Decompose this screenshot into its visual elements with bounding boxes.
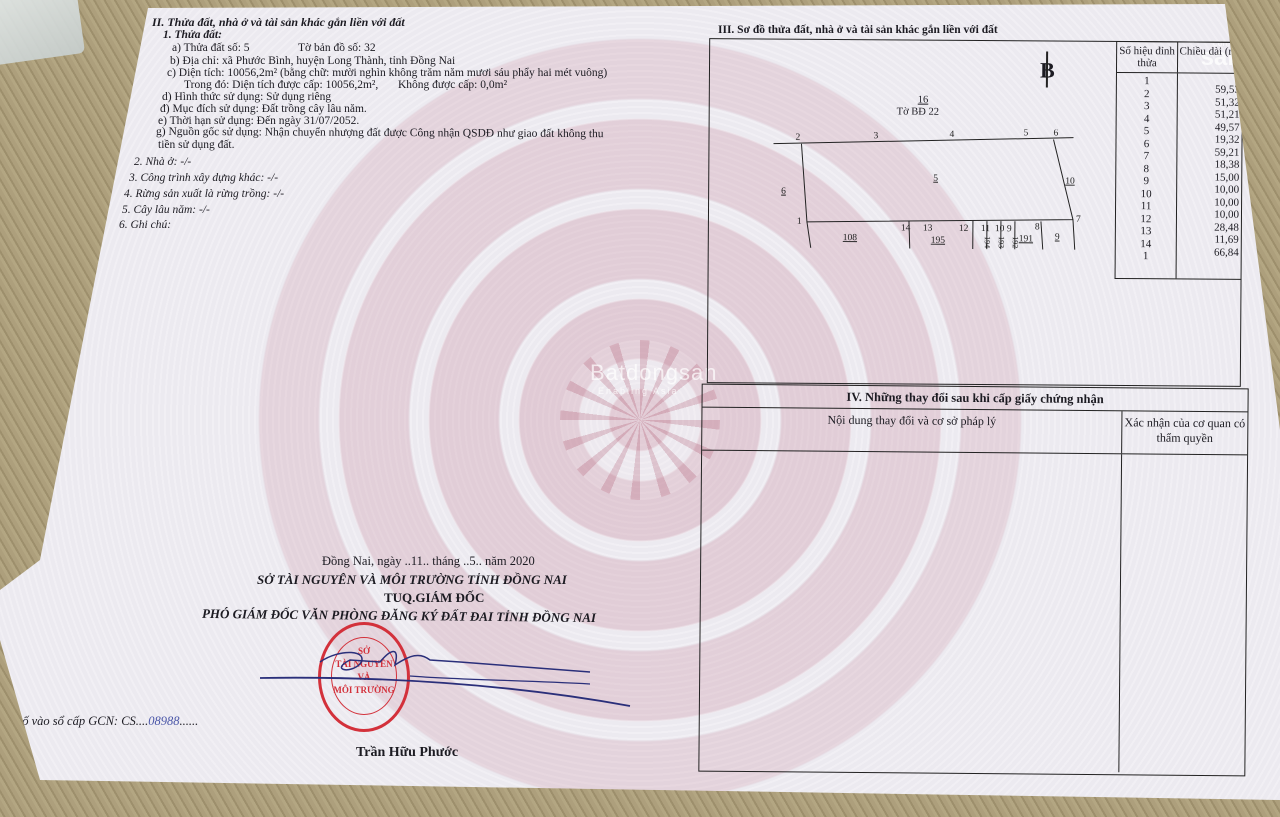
signature <box>260 640 640 710</box>
edge-length: 15,00 <box>1177 171 1239 184</box>
vertex-id: 13 <box>1116 225 1176 238</box>
north-arrow-icon: B <box>1040 57 1055 83</box>
changes-content-header: Nội dung thay đổi và cơ sở pháp lý <box>702 408 1122 454</box>
house: 2. Nhà ở: -/- <box>134 156 191 168</box>
svg-text:12: 12 <box>959 224 969 234</box>
edge-length: 51,32 <box>1178 96 1240 109</box>
section2-heading: II. Thửa đất, nhà ở và tài sản khác gắn … <box>152 15 405 30</box>
registry-number-label: Số vào sổ cấp GCN: CS....08988...... <box>16 714 198 729</box>
svg-text:195: 195 <box>931 236 946 246</box>
land-heading: 1. Thửa đất: <box>163 29 222 41</box>
vertex-id: 5 <box>1117 125 1177 138</box>
svg-text:9: 9 <box>1055 233 1060 243</box>
svg-text:9: 9 <box>1007 224 1012 234</box>
vertex-id: 2 <box>1117 87 1177 100</box>
svg-text:191: 191 <box>1019 234 1034 244</box>
vertex-id: 9 <box>1116 175 1176 188</box>
edge-length: 11,69 <box>1177 233 1239 246</box>
svg-text:4: 4 <box>950 130 955 140</box>
svg-text:11: 11 <box>981 224 990 234</box>
vertex-id: 12 <box>1116 212 1176 225</box>
map-sheet: Tờ bản đồ số: 32 <box>298 42 376 54</box>
vertex-id: 8 <box>1116 162 1176 175</box>
edge-length: 10,00 <box>1177 208 1239 221</box>
signer-position: PHÓ GIÁM ĐỐC VĂN PHÒNG ĐĂNG KÝ ĐẤT ĐAI T… <box>202 606 596 626</box>
parcel-number: a) Thửa đất số: 5 <box>172 42 250 54</box>
use-form: d) Hình thức sử dụng: Sử dụng riêng <box>162 91 331 103</box>
edge-length: 18,38 <box>1177 158 1239 171</box>
edge-length: 49,57 <box>1178 121 1240 134</box>
perennial-trees: 5. Cây lâu năm: -/- <box>122 204 210 216</box>
changes-after-issuance-table: IV. Những thay đổi sau khi cấp giấy chứn… <box>698 384 1248 777</box>
vertex-id: 1 <box>1116 250 1176 263</box>
other-construction: 3. Công trình xây dựng khác: -/- <box>129 172 278 184</box>
vertex-id: 4 <box>1117 112 1177 125</box>
svg-text:6: 6 <box>1054 129 1059 139</box>
edge-length: 10,00 <box>1177 183 1239 196</box>
length-column-header: Chiều dài (m) <box>1178 42 1242 72</box>
land-certificate-page: BatdongsanEnabling Asia com.vnsan II. Th… <box>0 0 1280 817</box>
svg-text:10: 10 <box>1065 177 1075 187</box>
authority-confirmation-header: Xác nhận của cơ quan có thẩm quyền <box>1122 411 1247 454</box>
svg-text:13: 13 <box>923 224 933 234</box>
svg-text:5: 5 <box>1024 128 1029 138</box>
vertex-length-table: Số hiệu đỉnh thửa Chiều dài (m) 12345678… <box>1115 41 1244 280</box>
use-purpose: đ) Mục đích sử dụng: Đất trồng cây lâu n… <box>160 103 367 115</box>
length-column: 59,5351,3251,2149,5719,3259,2118,3815,00… <box>1177 73 1242 278</box>
svg-text:192: 192 <box>1011 236 1020 248</box>
notes: 6. Ghi chú: <box>119 219 171 231</box>
svg-text:1: 1 <box>797 217 802 227</box>
svg-text:7: 7 <box>1076 215 1081 225</box>
neighbor-sheet-label: Tờ BĐ 22 <box>897 106 939 117</box>
vertex-column-header: Số hiệu đỉnh thửa <box>1117 42 1178 72</box>
edge-length: 59,53 <box>1178 83 1240 96</box>
vertex-id: 11 <box>1116 200 1176 213</box>
vertex-id: 1 <box>1117 75 1177 88</box>
svg-text:5: 5 <box>933 174 938 184</box>
svg-text:14: 14 <box>901 223 911 233</box>
edge-length: 10,00 <box>1177 196 1239 209</box>
authority-confirmation-cell[interactable] <box>1119 454 1247 773</box>
section3-heading: III. Sơ đồ thửa đất, nhà ở và tài sản kh… <box>718 24 998 36</box>
edge-length: 19,32 <box>1177 133 1239 146</box>
area-granted: Trong đó: Diện tích được cấp: 10056,2m², <box>184 79 378 91</box>
edge-length: 66,84 <box>1177 246 1239 259</box>
edge-length: 28,48 <box>1177 221 1239 234</box>
registry-number: 08988 <box>148 714 179 728</box>
signer-name: Trần Hữu Phước <box>356 745 458 761</box>
area-not-granted: Không được cấp: 0,0m² <box>398 79 507 91</box>
address: b) Địa chỉ: xã Phước Bình, huyện Long Th… <box>170 55 455 67</box>
area: c) Diện tích: 10056,2m² (bằng chữ: mười … <box>167 67 607 79</box>
vertex-id: 7 <box>1116 150 1176 163</box>
vertex-id: 14 <box>1116 237 1176 250</box>
svg-text:3: 3 <box>873 131 878 141</box>
vertex-id: 10 <box>1116 187 1176 200</box>
edge-length: 59,21 <box>1177 146 1239 159</box>
svg-text:193: 193 <box>997 236 1006 248</box>
svg-text:10: 10 <box>995 224 1005 234</box>
neighbor-parcel-16: 16 <box>918 95 929 106</box>
parcel-diagram-box: B 16 Tờ BĐ 22 23456 1141312 1110987 5 6 … <box>707 38 1243 387</box>
watermark-center: BatdongsanEnabling Asia <box>590 360 717 396</box>
glass-object <box>0 0 85 67</box>
parcel-sketch: 23456 1141312 1110987 5 6 10 108 195 191… <box>773 128 1094 260</box>
vertex-id: 6 <box>1116 137 1176 150</box>
changes-content-cell[interactable] <box>699 451 1122 773</box>
issuing-agency: SỞ TÀI NGUYÊN VÀ MÔI TRƯỜNG TỈNH ĐỒNG NA… <box>257 572 567 588</box>
place-date: Đồng Nai, ngày ..11.. tháng ..5.. năm 20… <box>322 554 535 569</box>
edge-length: 51,21 <box>1178 108 1240 121</box>
svg-text:194: 194 <box>983 236 992 248</box>
production-forest: 4. Rừng sản xuất là rừng trồng: -/- <box>124 188 284 200</box>
svg-text:2: 2 <box>795 133 800 143</box>
svg-text:6: 6 <box>781 187 786 197</box>
vertex-id: 3 <box>1117 100 1177 113</box>
svg-text:8: 8 <box>1035 222 1040 232</box>
on-behalf: TUQ.GIÁM ĐỐC <box>384 590 484 606</box>
origin-line2: tiền sử dụng đất. <box>158 139 235 151</box>
svg-text:108: 108 <box>843 233 858 243</box>
vertex-column: 12345678910111213141 <box>1116 73 1178 278</box>
